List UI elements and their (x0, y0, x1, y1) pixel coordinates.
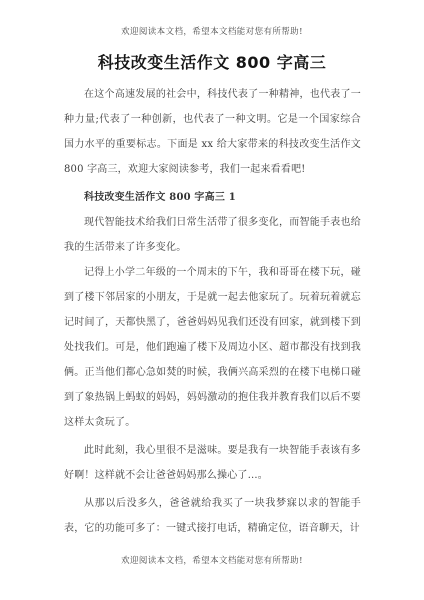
paragraph-intro: 在这个高速发展的社会中，科技代表了一种精神，也代表了一种力量;代表了一种创新，也… (64, 82, 361, 182)
paragraph: 从那以后没多久，爸爸就给我买了一块我梦寐以求的智能手表，它的功能可多了：一键式接… (64, 491, 361, 541)
footer-note: 欢迎阅读本文档，希望本文档能对您有所帮助! (0, 556, 424, 567)
section-heading: 科技改变生活作文 800 字高三 1 (64, 185, 361, 210)
document-title: 科技改变生活作文 800 字高三 (0, 52, 424, 74)
paragraph: 现代智能技术给我们日常生活带了很多变化，而智能手表也给我的生活带来了许多变化。 (64, 210, 361, 260)
header-note: 欢迎阅读本文档，希望本文档能对您有所帮助! (0, 0, 424, 38)
document-body: 在这个高速发展的社会中，科技代表了一种精神，也代表了一种力量;代表了一种创新，也… (64, 82, 361, 541)
document-page: 欢迎阅读本文档，希望本文档能对您有所帮助! 科技改变生活作文 800 字高三 在… (0, 0, 424, 600)
paragraph: 记得上小学二年级的一个周末的下午，我和哥哥在楼下玩，碰到了楼下邻居家的小朋友，于… (64, 260, 361, 435)
paragraph: 此时此刻，我心里很不是滋味。要是我有一块智能手表该有多好啊！这样就不会让爸爸妈妈… (64, 438, 361, 488)
